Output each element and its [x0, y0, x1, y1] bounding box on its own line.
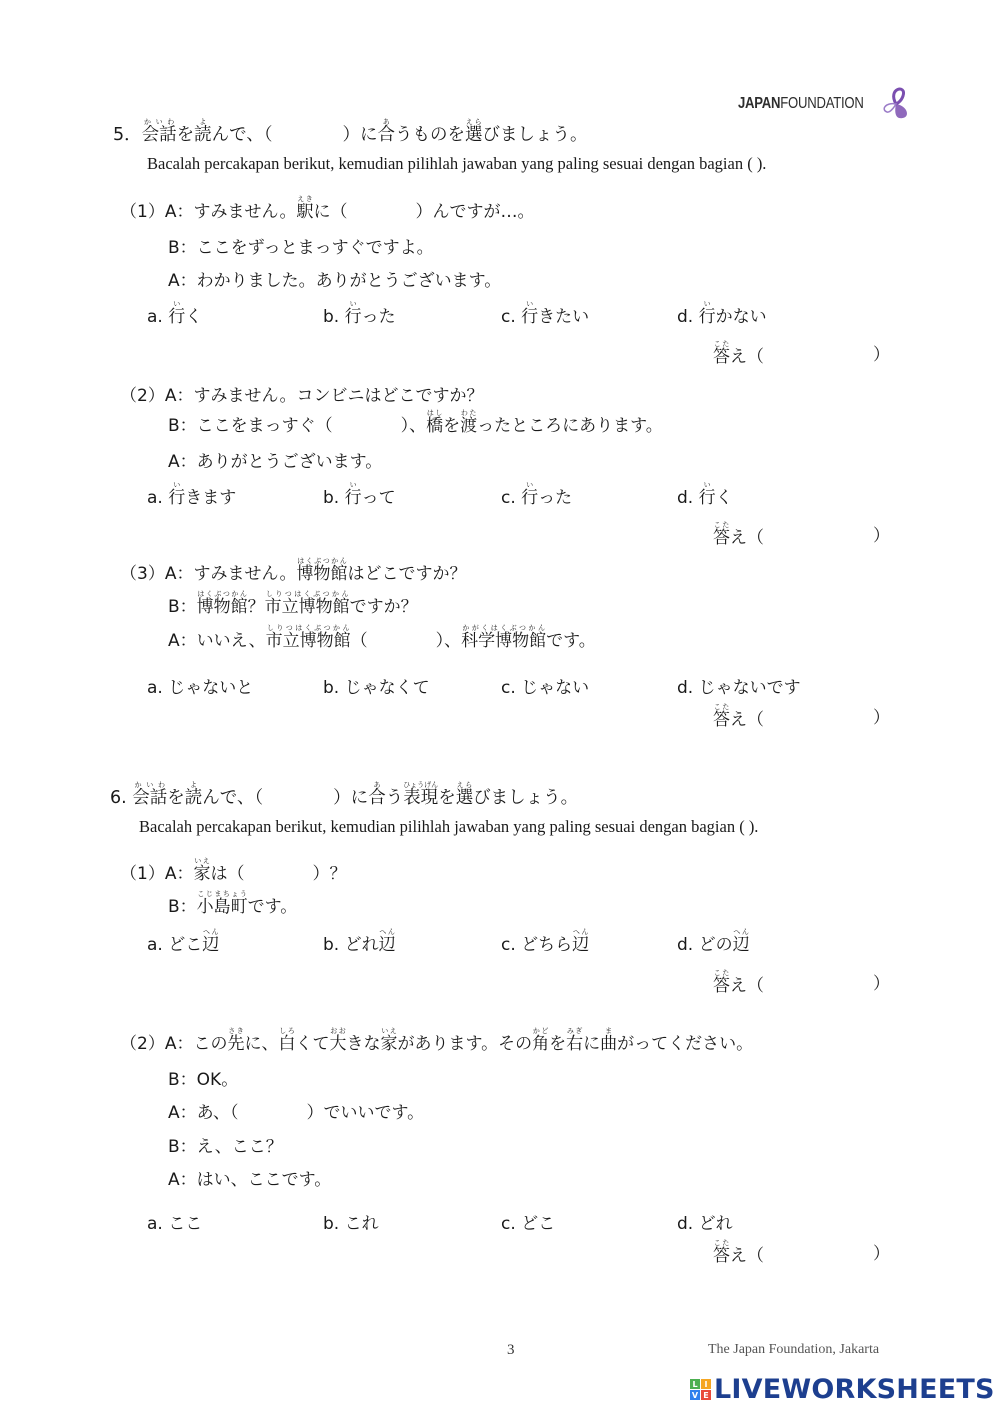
japan-foundation-logo: JAPANFOUNDATION: [738, 86, 913, 122]
q5-3-option-a[interactable]: a. じゃないと: [147, 673, 253, 698]
q5-heading: 5．会話かいわを読よんで、（ ）に合あうものを選えらびましょう。: [113, 118, 588, 145]
q6-1-option-c[interactable]: c. どちら辺へん: [501, 928, 589, 955]
q5-2-option-b[interactable]: b. 行いって: [323, 481, 396, 508]
q6-2-line-2: B：OK。: [168, 1070, 238, 1090]
logo-text: JAPANFOUNDATION: [738, 95, 864, 113]
q6-2-option-c[interactable]: c. どこ: [501, 1209, 555, 1234]
q5-2-option-a[interactable]: a. 行いきます: [147, 481, 236, 508]
q6-2-line-4: B：え、ここ？: [168, 1137, 283, 1157]
q5-3-option-d[interactable]: d. じゃないです: [677, 673, 801, 698]
q5-3-option-c[interactable]: c. じゃない: [501, 673, 589, 698]
page-number: 3: [507, 1342, 515, 1359]
q5-1-line-1: （1）A：すみません。駅えきに（ ）んですが…。: [120, 195, 535, 222]
q6-1-line-1: （1）A：家いえは（ ）？: [120, 857, 346, 884]
q5-1-answer-field[interactable]: 答こたえ（）: [713, 340, 764, 367]
q5-1-option-c[interactable]: c. 行いきたい: [501, 300, 589, 327]
q6-1-option-a[interactable]: a. どこ辺へん: [147, 928, 219, 955]
liveworksheets-logo[interactable]: L I V E LIVEWORKSHEETS: [690, 1374, 995, 1405]
q5-3-line-2: B：博物館はくぶつかん？市立博物館しりつはくぶつかんですか？: [168, 590, 418, 617]
q6-2-answer-field[interactable]: 答こたえ（）: [713, 1239, 764, 1266]
q5-1-option-b[interactable]: b. 行いった: [323, 300, 396, 327]
q6-1-line-2: B：小島町こじまちょうです。: [168, 890, 297, 917]
q6-1-option-b[interactable]: b. どれ辺へん: [323, 928, 396, 955]
q6-2-option-b[interactable]: b. これ: [323, 1209, 379, 1234]
q5-2-answer-field[interactable]: 答こたえ（）: [713, 521, 764, 548]
liveworksheets-wordmark: LIVEWORKSHEETS: [714, 1374, 995, 1405]
q6-2-option-a[interactable]: a. ここ: [147, 1209, 202, 1234]
q6-1-option-d[interactable]: d. どの辺へん: [677, 928, 750, 955]
q5-1-line-3: A：わかりました。ありがとうございます。: [168, 271, 501, 291]
q6-2-line-1: （2）A：この先さきに、白しろくて大おおきな家いえがあります。その角かどを右みぎ…: [120, 1027, 753, 1054]
q5-2-option-d[interactable]: d. 行いく: [677, 481, 733, 508]
q5-3-line-1: （3）A：すみません。博物館はくぶつかんはどこですか？: [120, 557, 467, 584]
live-badge-icon: L I V E: [690, 1379, 711, 1400]
footer-organization: The Japan Foundation, Jakarta: [708, 1342, 879, 1358]
q5-1-line-2: B：ここをずっとまっすぐですよ。: [168, 238, 434, 258]
q5-2-line-3: A：ありがとうございます。: [168, 452, 382, 472]
q5-3-answer-field[interactable]: 答こたえ（）: [713, 703, 764, 730]
butterfly-icon: [879, 86, 913, 122]
q5-1-option-a[interactable]: a. 行いく: [147, 300, 202, 327]
q5-instruction: Bacalah percakapan berikut, kemudian pil…: [147, 154, 766, 174]
q5-2-line-2: B：ここをまっすぐ（ ）、橋はしを渡わたったところにあります。: [168, 409, 663, 436]
q6-2-line-5: A：はい、ここです。: [168, 1170, 331, 1190]
q5-2-option-c[interactable]: c. 行いった: [501, 481, 572, 508]
q5-3-line-3: A：いいえ、市立博物館しりつはくぶつかん（ ）、科学博物館かがくはくぶつかんです…: [168, 624, 596, 651]
q6-2-line-3: A：あ、（ ）でいいです。: [168, 1103, 424, 1123]
q6-instruction: Bacalah percakapan berikut, kemudian pil…: [139, 817, 758, 837]
q6-1-answer-field[interactable]: 答こたえ（）: [713, 969, 764, 996]
q6-2-option-d[interactable]: d. どれ: [677, 1209, 733, 1234]
q6-heading: 6. 会話かいわを読よんで、（ ）に合あう表現ひょうげんを選えらびましょう。: [110, 781, 578, 808]
q5-2-line-1: （2）A：すみません。コンビニはどこですか？: [120, 386, 484, 406]
q5-3-option-b[interactable]: b. じゃなくて: [323, 673, 430, 698]
q5-1-option-d[interactable]: d. 行いかない: [677, 300, 767, 327]
